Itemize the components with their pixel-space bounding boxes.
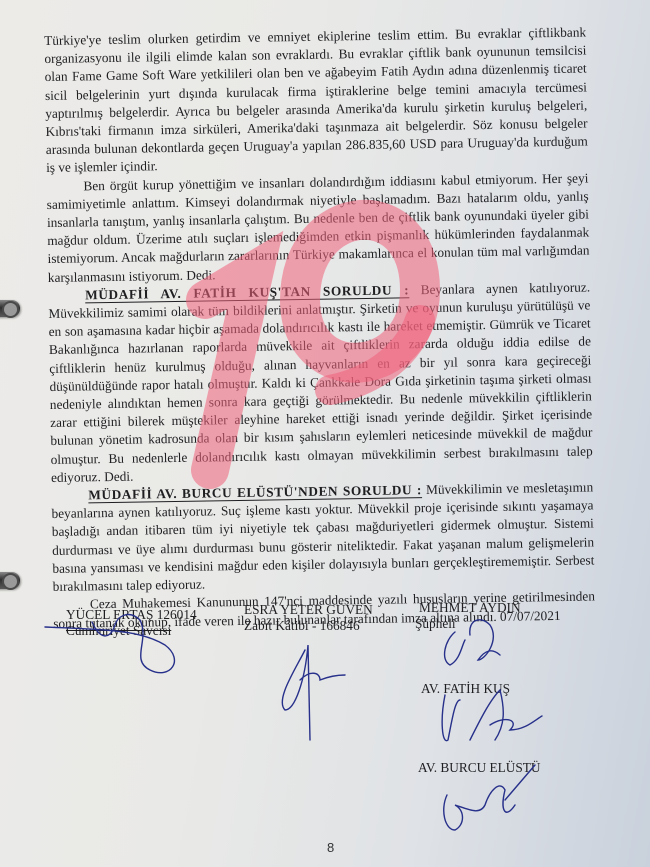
- statement-body: Türkiye'ye teslim olurken getirdim ve em…: [44, 23, 595, 632]
- signatory-role: Cumhuriyet Savcısı: [66, 623, 197, 639]
- signatory-name: ESRA YETER GÜVEN: [244, 602, 373, 617]
- section-text: Beyanlara aynen katılıyoruz. Müvekkilimi…: [48, 279, 592, 485]
- defense-section-burcu-elustu: MÜDAFİİ AV. BURCU ELÜSTÜ'NDEN SORULDU : …: [51, 479, 595, 597]
- document-page: Türkiye'ye teslim olurken getirdim ve em…: [0, 0, 650, 867]
- signatory-name: AV. FATİH KUŞ: [421, 681, 510, 696]
- signatory-lawyer-burcu-elustu: AV. BURCU ELÜSTÜ: [418, 760, 541, 776]
- section-heading: MÜDAFİİ AV. FATİH KUŞ'TAN SORULDU :: [85, 282, 409, 302]
- defense-section-fatih-kus: MÜDAFİİ AV. FATİH KUŞ'TAN SORULDU : Beya…: [48, 278, 593, 487]
- signatory-role: Zabıt Kâtibi - 166846: [244, 618, 373, 634]
- signatory-name: MEHMET AYDIN: [419, 600, 521, 615]
- signatory-clerk: ESRA YETER GÜVEN Zabıt Kâtibi - 166846: [244, 602, 373, 634]
- binder-ring: [0, 572, 20, 589]
- signatory-suspect: MEHMET AYDIN Şüpheli: [419, 600, 521, 632]
- paragraph: Türkiye'ye teslim olurken getirdim ve em…: [44, 23, 588, 177]
- signatory-prosecutor: YÜCEL ERTAŞ 126014 Cumhuriyet Savcısı: [66, 607, 197, 639]
- signature-clerk: [282, 645, 345, 740]
- paragraph: Ben örgüt kurup yönettiğim ve insanları …: [46, 169, 590, 287]
- signature-fatih-kus: [442, 690, 542, 741]
- signatory-name: YÜCEL ERTAŞ 126014: [66, 607, 197, 622]
- page-number: 8: [327, 840, 334, 855]
- binder-ring: [0, 300, 20, 317]
- signatory-role: Şüpheli: [415, 616, 521, 632]
- signatory-lawyer-fatih-kus: AV. FATİH KUŞ: [421, 681, 510, 697]
- section-heading: MÜDAFİİ AV. BURCU ELÜSTÜ'NDEN SORULDU :: [88, 482, 422, 502]
- signatory-name: AV. BURCU ELÜSTÜ: [418, 760, 541, 775]
